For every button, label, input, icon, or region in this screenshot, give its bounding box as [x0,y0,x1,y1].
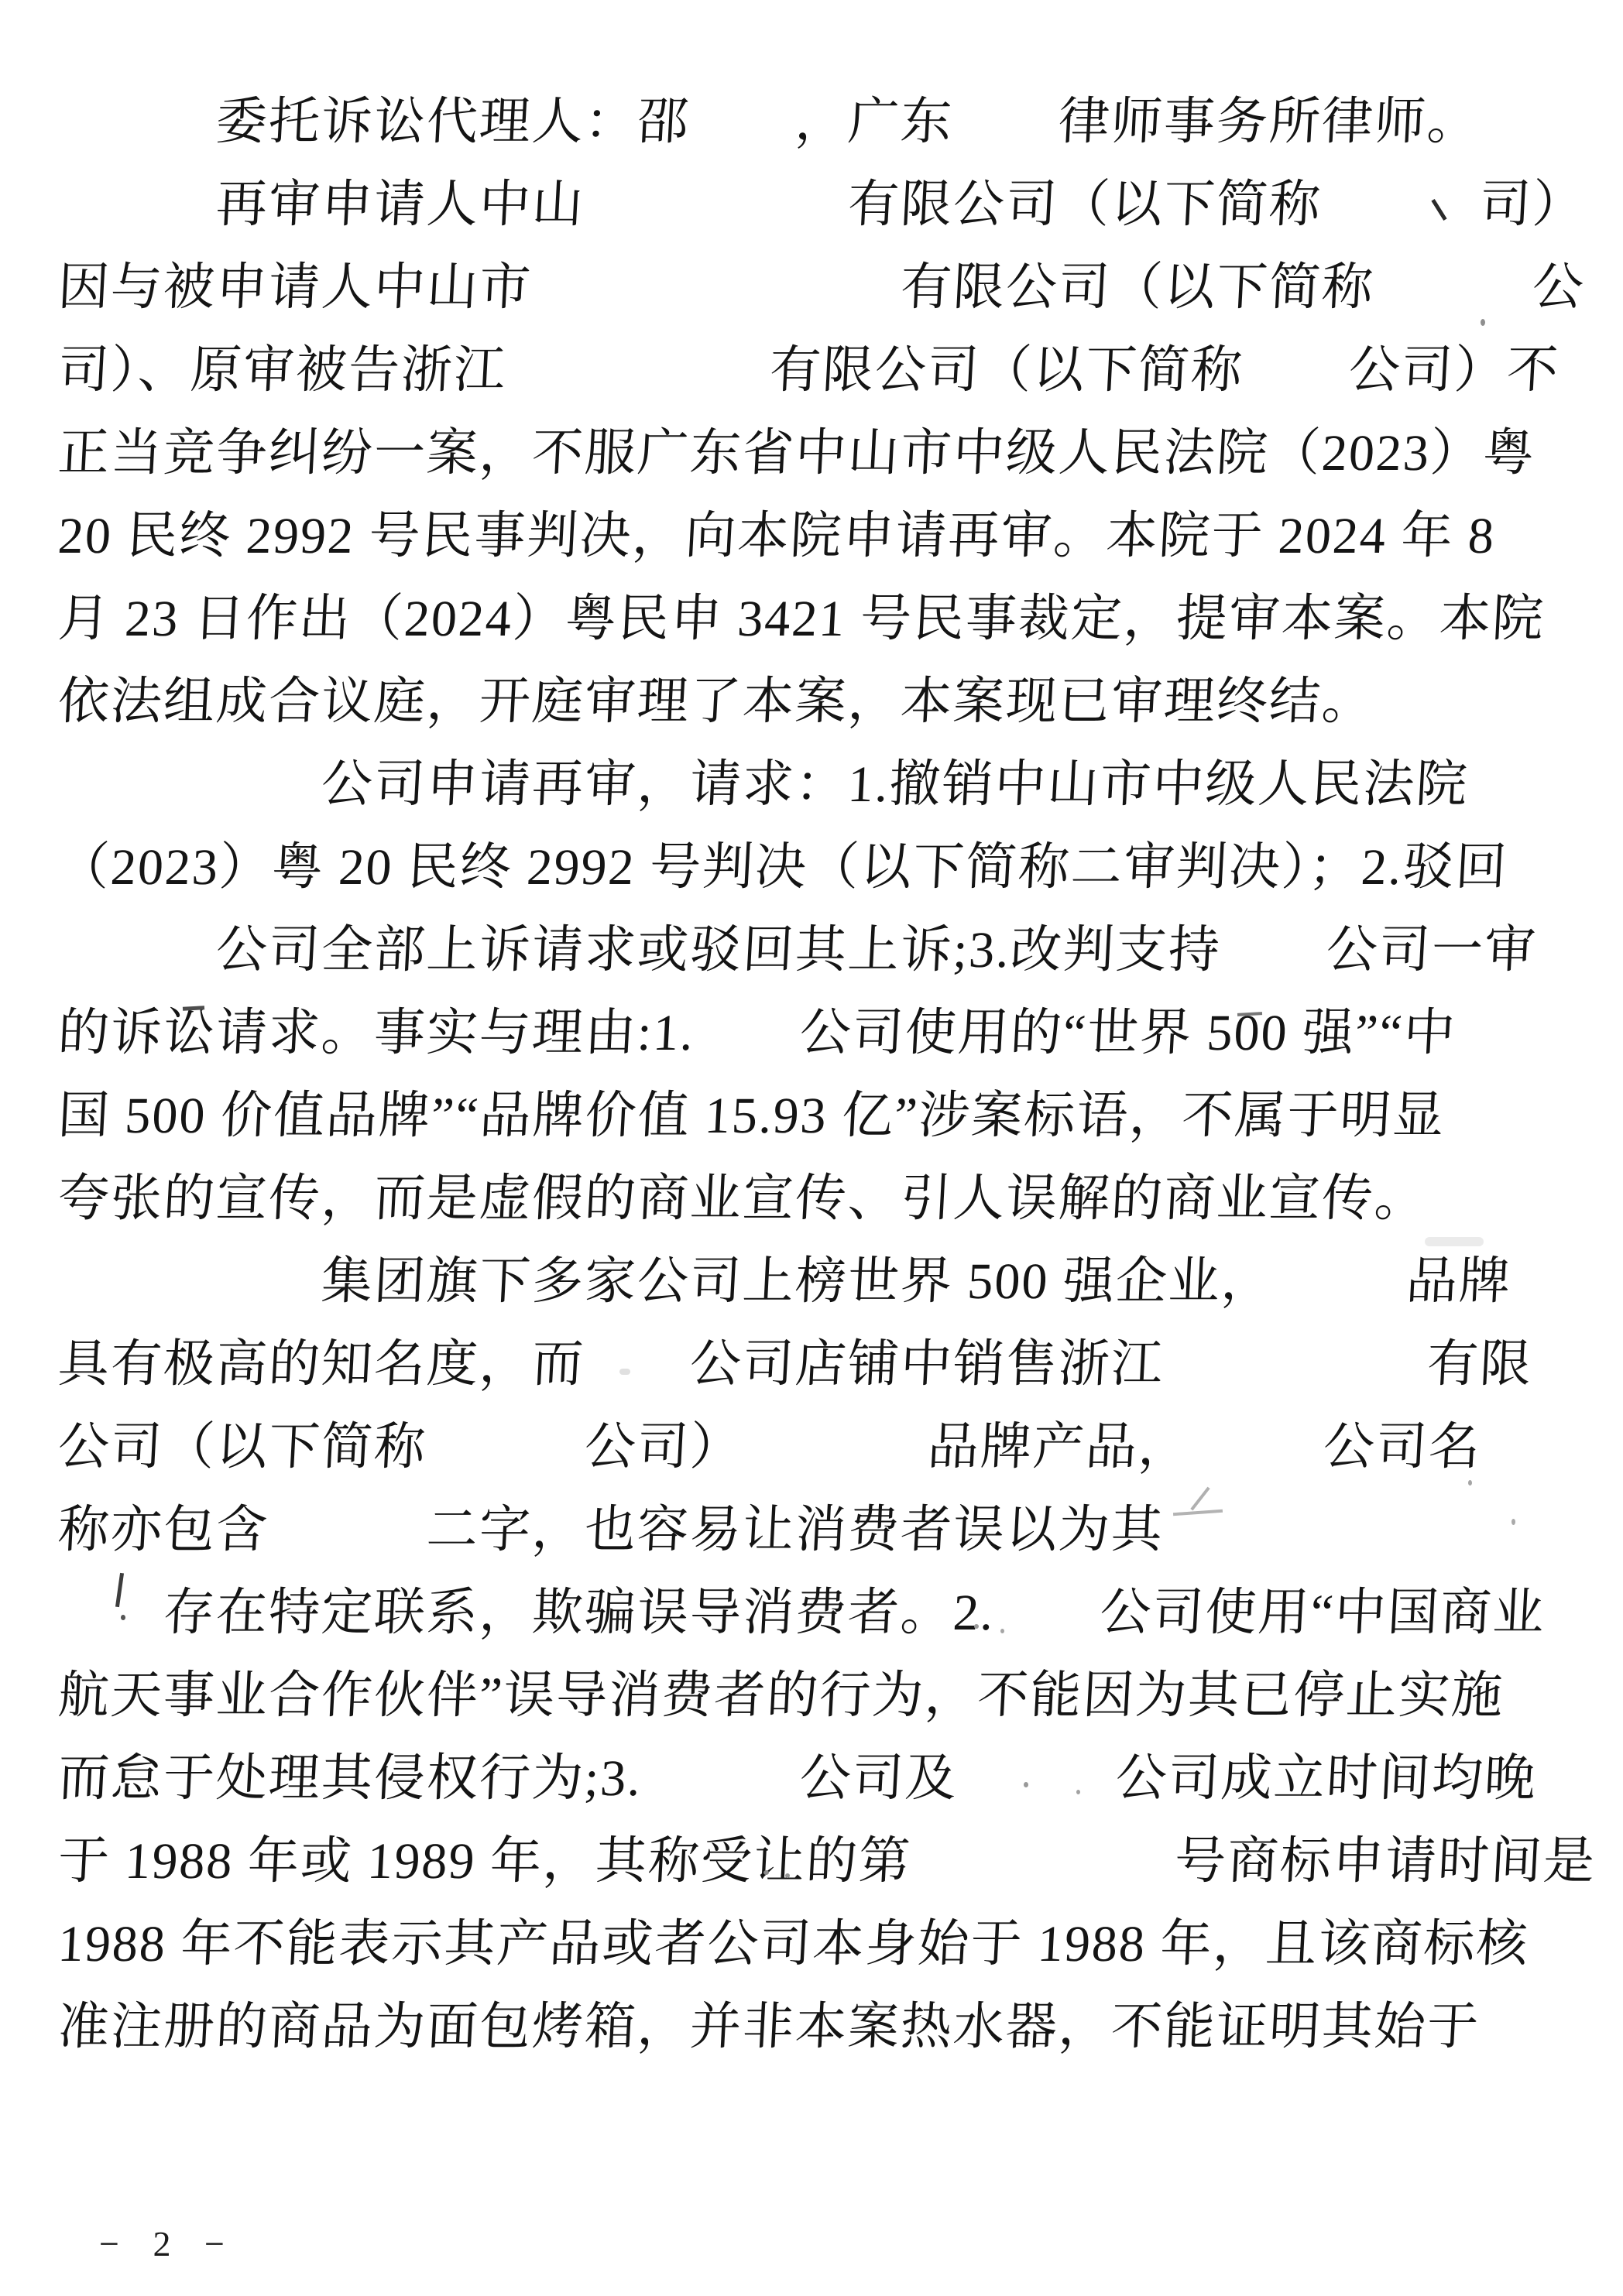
scan-artifact-dot [785,1873,790,1878]
text-line-4: 司）、原审被告浙江 有限公司（以下简称 公司）不 [56,329,1601,412]
scan-smudge [1425,1237,1484,1246]
text-line-9: 公司申请再审，请求：1.撤销中山市中级人民法院 [56,743,1601,826]
scan-artifact-dot [121,1615,125,1620]
text-line-21: 而怠于处理其侵权行为;3. 公司及 公司成立时间均晚 [56,1737,1601,1820]
page-number: − 2 − [99,2223,237,2264]
scan-artifact-dot [1481,319,1485,326]
text-line-5: 正当竞争纠纷一案，不服广东省中山市中级人民法院（2023）粤 [56,412,1601,495]
text-line-12: 的诉讼请求。事实与理由:1. 公司使用的“世界 500 强”“中 [56,992,1601,1074]
text-line-18: 称亦包含 二字，也容易让消费者误以为其 [56,1489,1601,1571]
scan-artifact-dot [1024,1782,1028,1787]
text-line-2: 再审申请人中山 有限公司（以下简称 司） [56,163,1601,246]
document-body: 委托诉讼代理人：邵 ，广东 律师事务所律师。 再审申请人中山 有限公司（以下简称… [58,81,1599,2068]
text-line-3: 因与被申请人中山市 有限公司（以下简称 公 [56,246,1601,329]
text-line-10: （2023）粤 20 民终 2992 号判决（以下简称二审判决）；2.驳回 [56,826,1601,909]
text-line-20: 航天事业合作伙伴”误导消费者的行为，不能因为其已停止实施 [56,1654,1601,1737]
text-line-23: 1988 年不能表示其产品或者公司本身始于 1988 年，且该商标核 [56,1903,1601,1986]
scan-artifact-dot [1000,1629,1004,1633]
text-line-17: 公司（以下简称 公司） 品牌产品， 公司名 [56,1406,1601,1489]
text-line-1: 委托诉讼代理人：邵 ，广东 律师事务所律师。 [56,81,1601,163]
scanned-document-page: 委托诉讼代理人：邵 ，广东 律师事务所律师。 再审申请人中山 有限公司（以下简称… [0,0,1623,2296]
text-line-19: 存在特定联系，欺骗误导消费者。2. 公司使用“中国商业 [56,1571,1601,1654]
text-line-14: 夸张的宣传，而是虚假的商业宣传、引人误解的商业宣传。 [56,1157,1601,1240]
scan-artifact-dot [1076,1790,1080,1794]
scan-artifact-dot [763,1870,769,1875]
text-line-16: 具有极高的知名度，而 公司店铺中销售浙江 有限 [56,1323,1601,1406]
text-line-13: 国 500 价值品牌”“品牌价值 15.93 亿”涉案标语，不属于明显 [56,1074,1601,1157]
scan-artifact-dot [974,1624,979,1629]
scan-smudge [619,1369,630,1375]
scan-artifact-dot [1468,1480,1472,1486]
text-line-7: 月 23 日作出（2024）粤民申 3421 号民事裁定，提审本案。本院 [56,577,1601,660]
text-line-11: 公司全部上诉请求或驳回其上诉;3.改判支持 公司一审 [56,909,1601,992]
text-line-24: 准注册的商品为面包烤箱，并非本案热水器，不能证明其始于 [56,1986,1601,2068]
text-line-22: 于 1988 年或 1989 年，其称受让的第 号商标申请时间是 [56,1820,1601,1903]
text-line-6: 20 民终 2992 号民事判决，向本院申请再审。本院于 2024 年 8 [56,495,1601,577]
text-line-15: 集团旗下多家公司上榜世界 500 强企业， 品牌 [56,1240,1601,1323]
text-line-8: 依法组成合议庭，开庭审理了本案，本案现已审理终结。 [56,660,1601,743]
scan-artifact-dot [1511,1519,1515,1525]
